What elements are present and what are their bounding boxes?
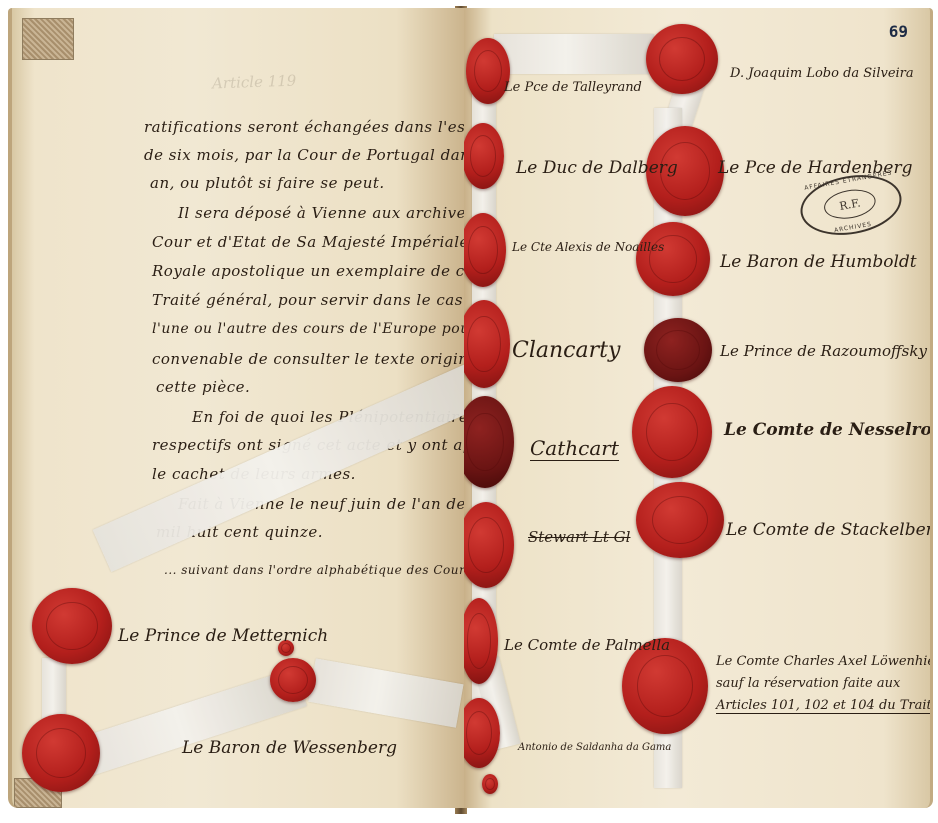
wax-seal-small: [482, 774, 498, 794]
wax-seal: [32, 588, 112, 664]
signature: Le Comte de Palmella: [504, 636, 670, 654]
signature: Le Baron de Wessenberg: [182, 738, 397, 758]
text-line: l'une ou l'autre des cours de l'Europe p…: [152, 321, 464, 337]
signature: D. Joaquim Lobo da Silveira: [730, 66, 914, 81]
text-line: Traité général, pour servir dans le cas …: [152, 291, 464, 309]
wax-seal: [646, 24, 718, 94]
right-page: 69 Le Pce de Talleyrand Le Duc de Dalber…: [464, 8, 933, 808]
revenue-stamp-top: [22, 18, 74, 60]
signature: Le Prince de Razoumoffsky: [720, 342, 927, 360]
archive-stamp-center-text: R.F.: [838, 196, 861, 212]
signature: Le Comte de Nesselrode: [724, 420, 933, 440]
wax-seal: [22, 714, 100, 792]
signature: Le Duc de Dalberg: [516, 158, 678, 178]
signature: Le Baron de Humboldt: [720, 252, 917, 272]
wax-seal: [464, 396, 514, 488]
signature: Le Cte Alexis de Noailles: [512, 240, 664, 254]
signature: Le Prince de Metternich: [118, 626, 328, 646]
text-line: de six mois, par la Cour de Portugal dan…: [144, 146, 464, 164]
reservation-note: Articles 101, 102 et 104 du Traité: [716, 698, 933, 714]
silk-ribbon: [308, 658, 463, 727]
open-book: Article 119 ratifications seront échangé…: [0, 0, 938, 823]
signature: Antonio de Saldanha da Gama: [518, 742, 671, 753]
text-line: Royale apostolique un exemplaire de ce: [152, 262, 464, 280]
reservation-note: sauf la réservation faite aux: [716, 676, 900, 691]
faded-heading: Article 119: [212, 72, 297, 93]
wax-seal: [636, 482, 724, 558]
page-number: 69: [889, 22, 908, 41]
signature: Le Comte Charles Axel Löwenhielm: [716, 654, 933, 669]
signature: Le Comte de Stackelberg: [726, 520, 933, 540]
wax-seal: [644, 318, 712, 382]
signature: Clancarty: [512, 338, 620, 363]
text-line: an, ou plutôt si faire se peut.: [150, 174, 385, 192]
signature: Cathcart: [530, 436, 619, 461]
wax-seal: [636, 222, 710, 296]
signature: Stewart Lt Gl: [528, 528, 630, 546]
wax-seal: [270, 658, 316, 702]
left-page: Article 119 ratifications seront échangé…: [8, 8, 464, 808]
signature: Le Pce de Talleyrand: [504, 80, 642, 95]
wax-seal: [464, 213, 506, 287]
silk-ribbon: [494, 34, 654, 74]
wax-seal: [632, 386, 712, 478]
wax-seal: [464, 502, 514, 588]
text-line: ratifications seront échangées dans l'es…: [144, 118, 464, 136]
text-line: convenable de consulter le texte origina…: [152, 350, 464, 368]
text-line: Il sera déposé à Vienne aux archives de …: [178, 204, 464, 222]
text-line: Cour et d'Etat de Sa Majesté Impériale e…: [152, 233, 464, 251]
text-line: ... suivant dans l'ordre alphabétique de…: [164, 563, 464, 577]
wax-seal: [464, 123, 504, 189]
text-line: cette pièce.: [156, 378, 250, 396]
wax-seal: [464, 300, 510, 388]
